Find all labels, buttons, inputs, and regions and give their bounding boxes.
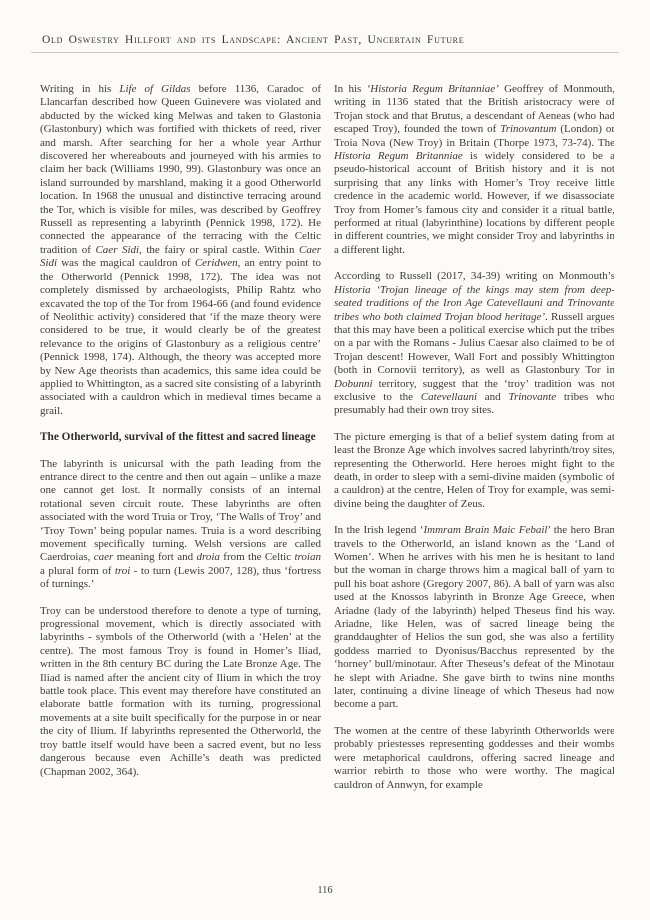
two-column-body: Writing in his Life of Gildas before 113… (40, 83, 614, 875)
page-number: 116 (0, 885, 650, 896)
paragraph-labyrinth-unicursal: The labyrinth is unicursal with the path… (40, 458, 321, 592)
running-header: Old Oswestry Hillfort and its Landscape:… (42, 34, 616, 46)
paragraph-belief-system: The picture emerging is that of a belief… (334, 431, 614, 511)
paragraph-troy-meaning: Troy can be understood therefore to deno… (40, 605, 321, 779)
header-rule (31, 52, 619, 53)
document-page: Old Oswestry Hillfort and its Landscape:… (0, 0, 650, 920)
paragraph-irish-legend: In the Irish legend ‘Immram Brain Maic F… (334, 524, 614, 712)
paragraph-gildas-glastonbury: Writing in his Life of Gildas before 113… (40, 83, 321, 418)
right-column: In his ‘Historia Regum Britanniae’ Geoff… (334, 83, 614, 875)
paragraph-russell-trojan-lineage: According to Russell (2017, 34-39) writi… (334, 270, 614, 417)
section-heading-otherworld: The Otherworld, survival of the fittest … (40, 431, 321, 444)
left-column: Writing in his Life of Gildas before 113… (40, 83, 321, 875)
paragraph-women-priestesses: The women at the centre of these labyrin… (334, 725, 614, 792)
paragraph-historia-regum: In his ‘Historia Regum Britanniae’ Geoff… (334, 83, 614, 257)
